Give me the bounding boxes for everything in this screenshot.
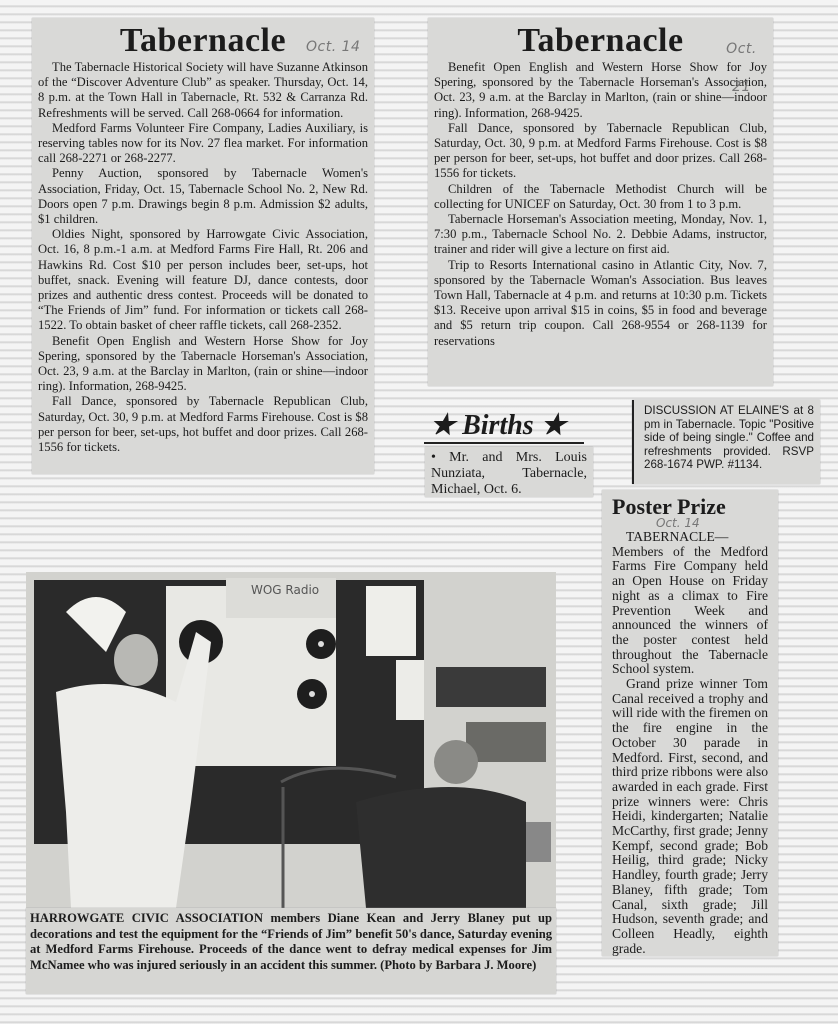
handwritten-date: Oct. 14 (656, 516, 812, 526)
paragraph: Medford Farms Volunteer Fire Company, La… (38, 121, 368, 167)
clipping-tabernacle-oct14: Tabernacle Oct. 14 The Tabernacle Histor… (32, 18, 374, 474)
clipping-poster-prize: Poster Prize Oct. 14 TABERNACLE— Members… (602, 490, 778, 956)
births-title: ★ Births ★ (424, 410, 584, 444)
wall-sign-text: WOG Radio (251, 583, 319, 597)
paragraph: The Tabernacle Historical Society will h… (38, 60, 368, 121)
paragraph: Oldies Night, sponsored by Harrowgate Ci… (38, 227, 368, 333)
paragraph: Tabernacle Horseman's Association meetin… (434, 212, 767, 258)
clipping-title: Tabernacle Oct. 21 (434, 22, 767, 60)
paragraph: Trip to Resorts International casino in … (434, 258, 767, 349)
discussion-text: DISCUSSION AT ELAINE'S at 8 pm in Tabern… (644, 404, 814, 472)
paragraph: Benefit Open English and Western Horse S… (38, 334, 368, 395)
paragraph: TABERNACLE— Members of the Medford Farms… (612, 530, 768, 677)
photo-caption: HARROWGATE CIVIC ASSOCIATION members Dia… (26, 908, 556, 994)
paragraph: Grand prize winner Tom Canal received a … (612, 677, 768, 956)
paragraph: Fall Dance, sponsored by Tabernacle Repu… (38, 394, 368, 455)
discussion-notice: DISCUSSION AT ELAINE'S at 8 pm in Tabern… (632, 400, 820, 484)
paragraph: Fall Dance, sponsored by Tabernacle Repu… (434, 121, 767, 182)
paragraph: Penny Auction, sponsored by Tabernacle W… (38, 166, 368, 227)
title-text: Tabernacle (517, 22, 683, 59)
paragraph: Children of the Tabernacle Methodist Chu… (434, 182, 767, 212)
births-text: • Mr. and Mrs. Louis Nunziata, Tabernacl… (431, 450, 587, 498)
news-photo: WOG Radio (26, 572, 556, 908)
photo-illustration: WOG Radio (26, 572, 556, 908)
clipping-title: Tabernacle Oct. 14 (38, 22, 368, 60)
handwritten-date: Oct. 21 (716, 30, 767, 106)
title-text: Tabernacle (120, 22, 286, 59)
caption-text: HARROWGATE CIVIC ASSOCIATION members Dia… (30, 911, 552, 973)
clipping-tabernacle-oct21: Tabernacle Oct. 21 Benefit Open English … (428, 18, 773, 386)
births-header: ★ Births ★ (424, 410, 584, 444)
births-entry: • Mr. and Mrs. Louis Nunziata, Tabernacl… (425, 447, 593, 497)
handwritten-date: Oct. 14 (306, 28, 360, 66)
